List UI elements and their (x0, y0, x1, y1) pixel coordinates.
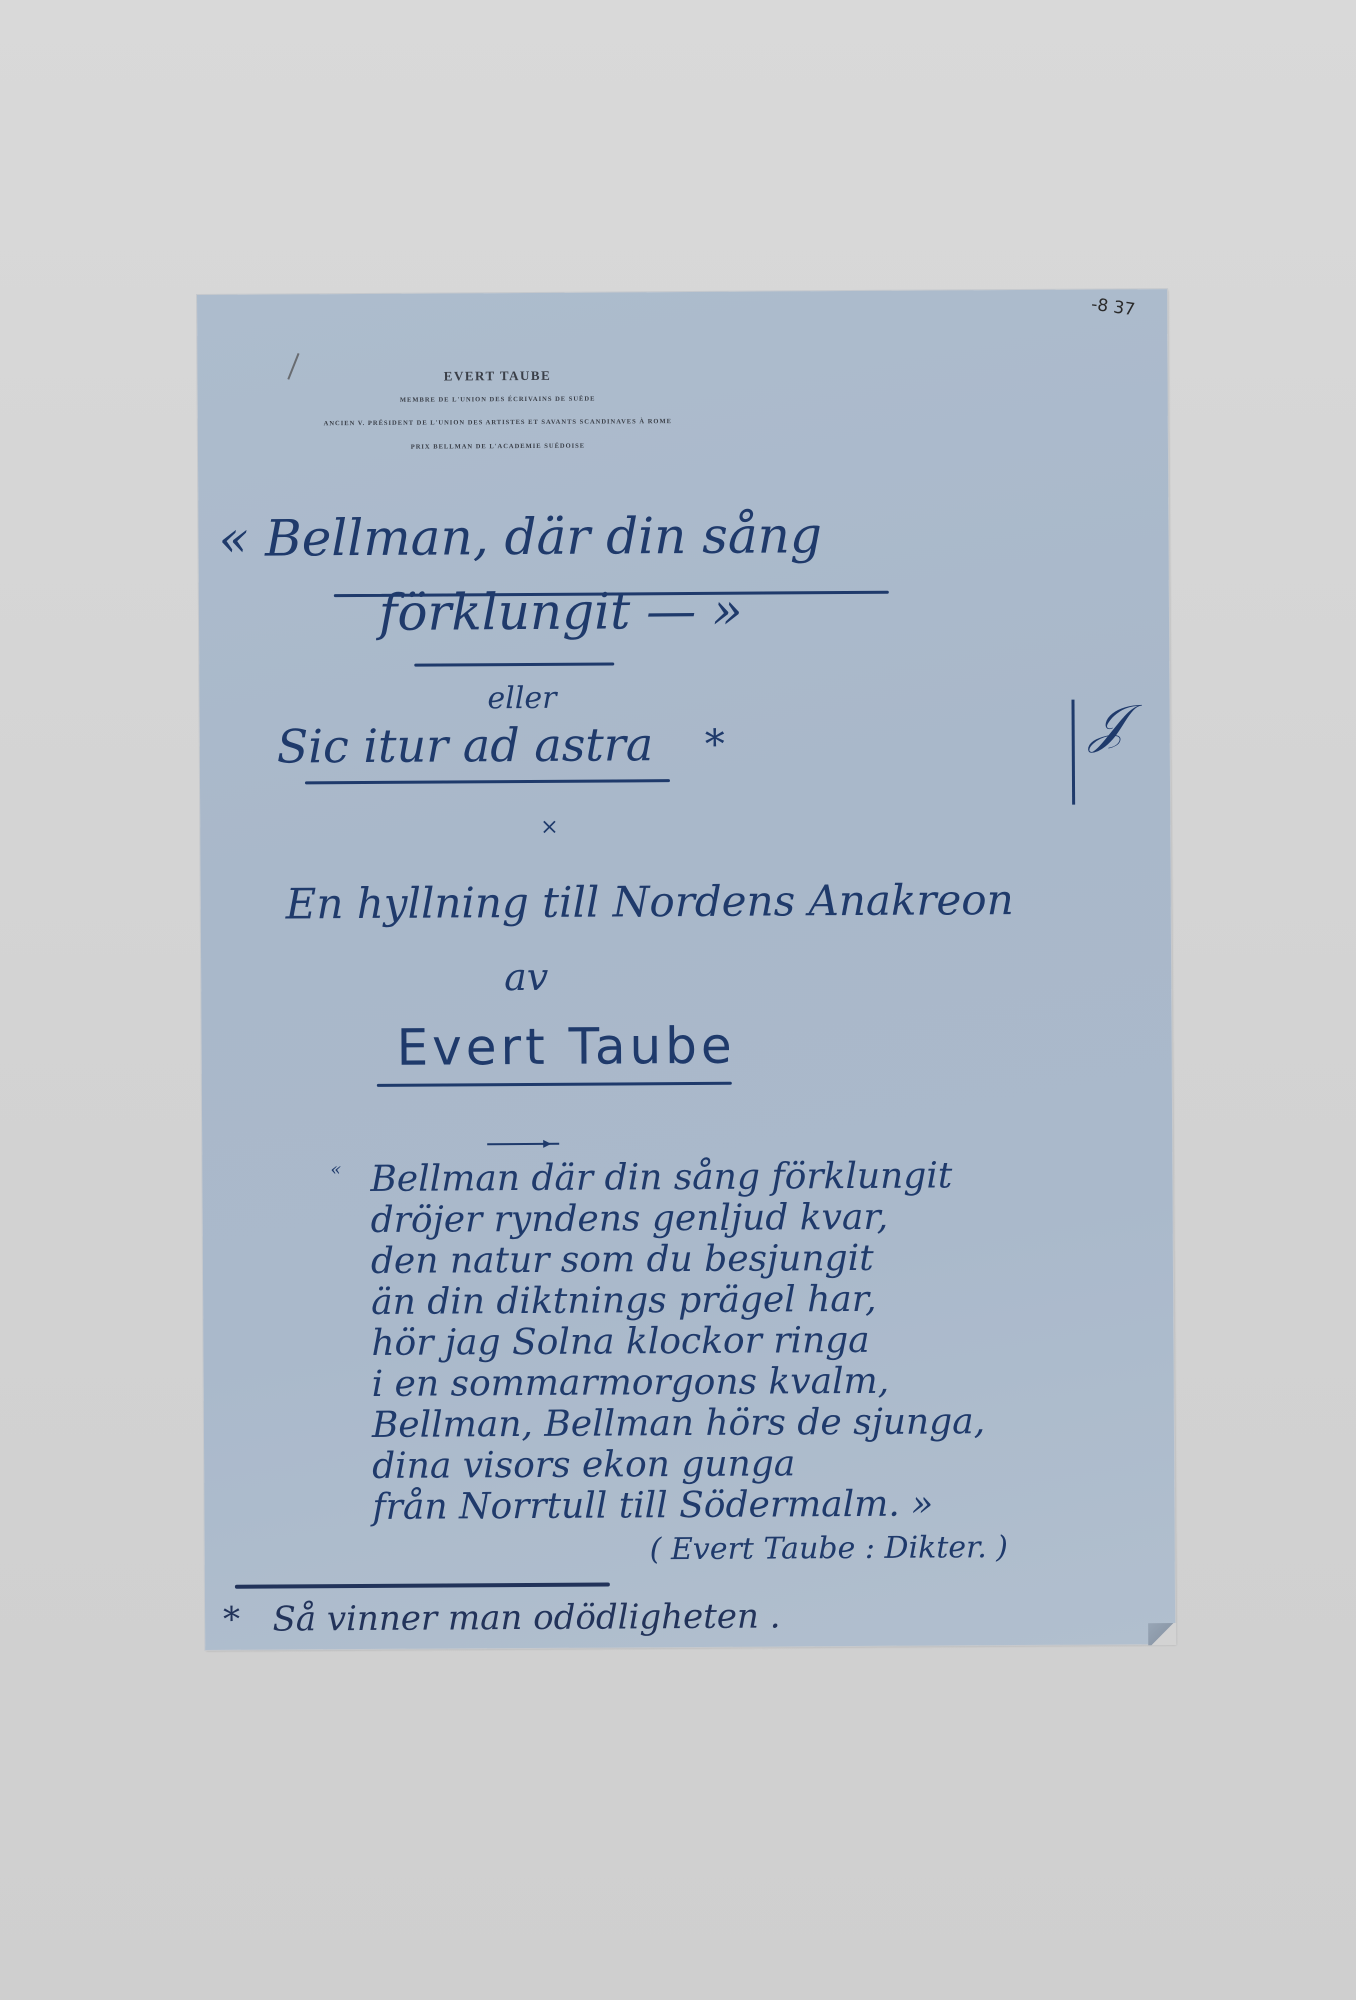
footnote: * Så vinner man odödligheten . (223, 1596, 781, 1639)
poem-line: i en sommarmorgons kvalm, (372, 1360, 985, 1405)
alt-title: Sic itur ad astra (277, 717, 654, 773)
poem-line: från Norrtull till Södermalm. » (372, 1483, 985, 1528)
footnote-marker: * (223, 1600, 240, 1640)
folded-corner (1148, 1623, 1176, 1645)
letterhead-line-2: Ancien V. Président de l'Union des Artis… (198, 417, 798, 428)
margin-bar (1071, 700, 1075, 805)
margin-mark: 𝒥 (1089, 694, 1125, 755)
poem-line: dina visors ekon gunga (372, 1442, 985, 1487)
open-quote: « (330, 1159, 341, 1180)
letterhead-name: EVERT TAUBE (197, 366, 797, 386)
title-line-1: « Bellman, där din sång (218, 506, 822, 568)
poem-quote: « Bellman där din sång förklungit dröjer… (370, 1155, 985, 1528)
alt-title-underline (305, 779, 670, 784)
footnote-text: Så vinner man odödligheten . (272, 1596, 780, 1639)
connector-eller: eller (487, 681, 556, 716)
poem-line: dröjer ryndens genljud kvar, (371, 1196, 984, 1241)
by-word: av (504, 955, 548, 999)
poem-line: Bellman där din sång förklungit (370, 1155, 983, 1200)
manuscript-page: -8 37 EVERT TAUBE Membre de l'Union des … (197, 289, 1175, 1650)
title-underline-2 (414, 662, 614, 666)
footnote-rule (235, 1583, 610, 1589)
author-underline (377, 1082, 732, 1087)
poem-line: än din diktnings prägel har, (371, 1278, 984, 1323)
asterisk-marker: * (705, 722, 725, 768)
title-line-2: förklungit — » (379, 582, 743, 642)
separator-cross: × (540, 815, 559, 840)
poem-line: hör jag Solna klockor ringa (371, 1319, 984, 1364)
poem-citation: ( Evert Taube : Dikter. ) (650, 1530, 1008, 1567)
page-number: -8 37 (1090, 295, 1136, 321)
letterhead-line-3: Prix Bellman de l'Academie Suédoise (198, 441, 798, 452)
letterhead-line-1: Membre de l'Union des Écrivains de Suède (198, 394, 798, 405)
dedication: En hyllning till Nordens Anakreon (286, 875, 1014, 928)
arrow-divider (487, 1143, 559, 1145)
poem-line: den natur som du besjungit (371, 1237, 984, 1282)
poem-line: Bellman, Bellman hörs de sjunga, (372, 1401, 985, 1446)
author-name: Evert Taube (396, 1017, 735, 1077)
